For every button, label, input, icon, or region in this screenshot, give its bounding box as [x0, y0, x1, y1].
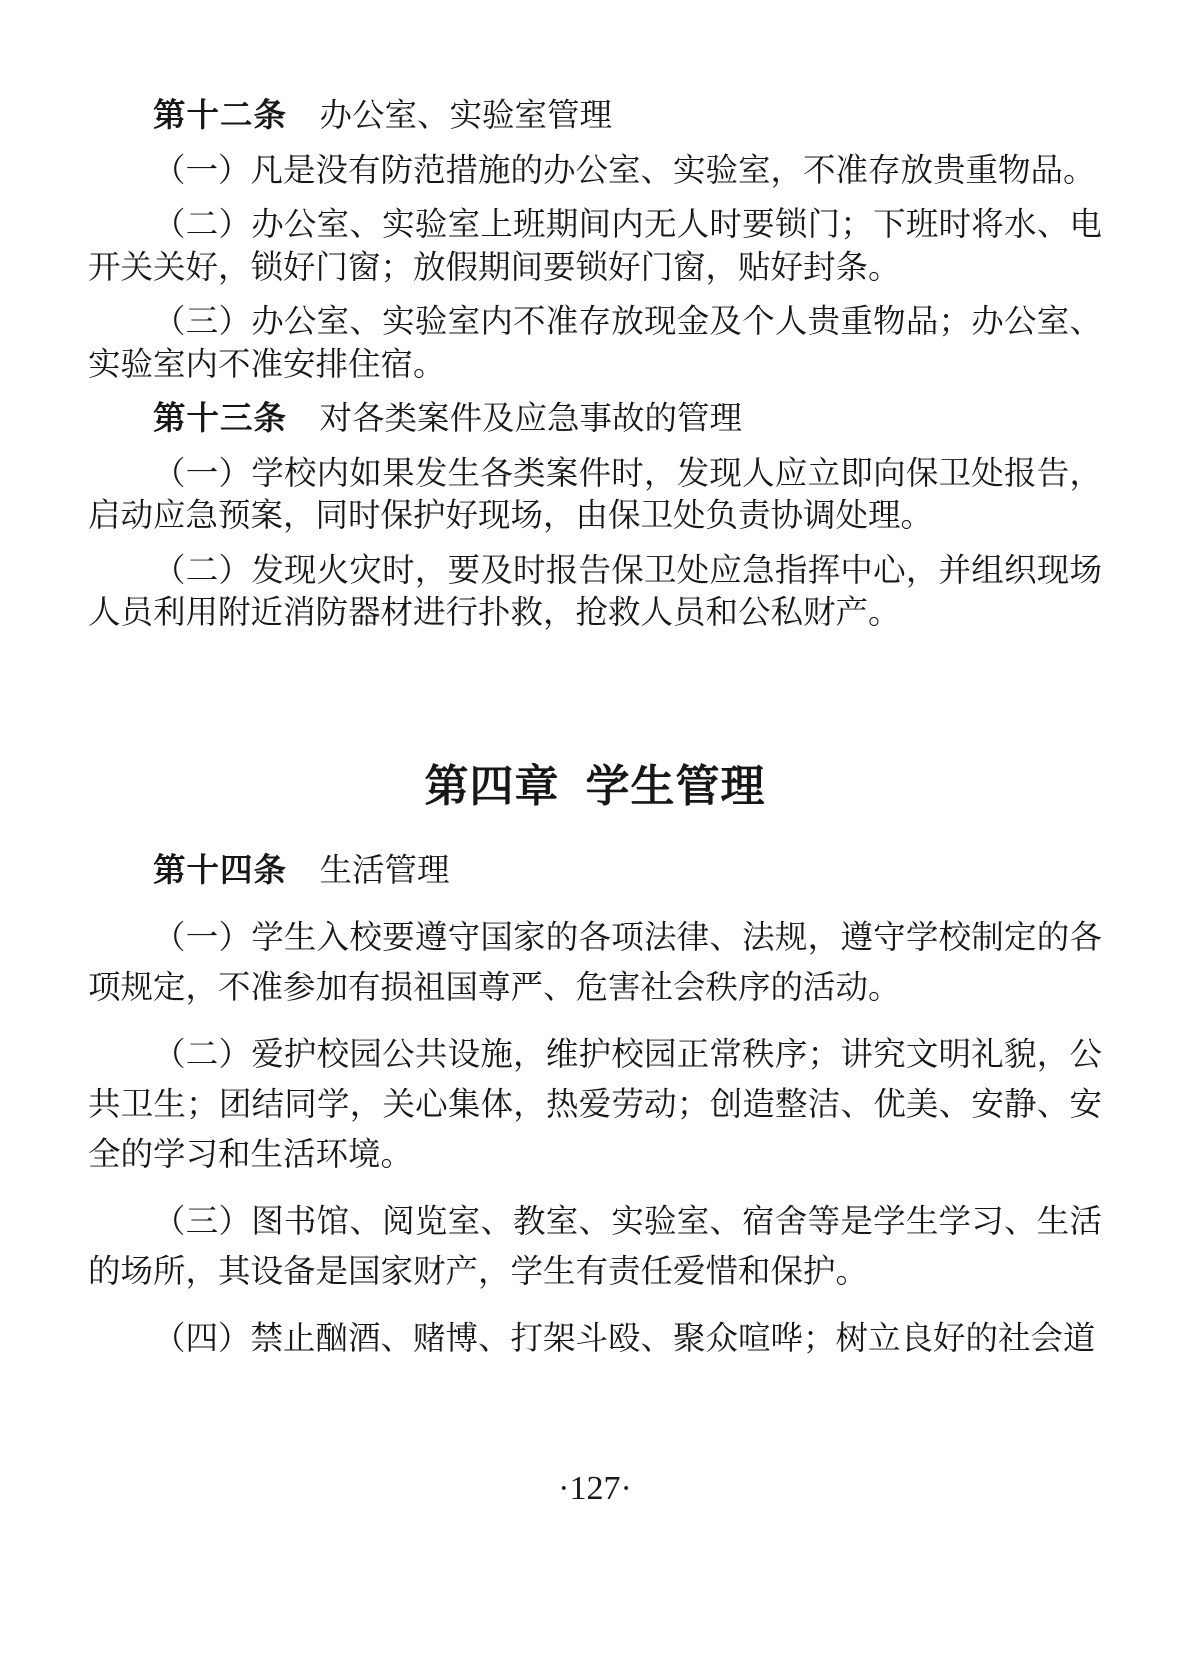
article-12-heading: 第十二条办公室、实验室管理	[88, 95, 1102, 138]
article-14-number: 第十四条	[153, 853, 287, 889]
page-content: 第十二条办公室、实验室管理 （一）凡是没有防范措施的办公室、实验室，不准存放贵重…	[88, 95, 1102, 1381]
article-13-number: 第十三条	[153, 401, 287, 437]
chapter-heading: 第四章学生管理	[88, 757, 1102, 817]
article-12-title: 办公室、实验室管理	[320, 98, 613, 134]
article-12-item-2: （二）办公室、实验室上班期间内无人时要锁门；下班时将水、电开关关好，锁好门窗；放…	[88, 204, 1102, 289]
article-13-heading: 第十三条对各类案件及应急事故的管理	[88, 398, 1102, 441]
document-page: 第十二条办公室、实验室管理 （一）凡是没有防范措施的办公室、实验室，不准存放贵重…	[0, 0, 1190, 1670]
article-14-item-4: （四）禁止酗酒、赌博、打架斗殴、聚众喧哗；树立良好的社会道	[88, 1314, 1102, 1364]
chapter-title: 学生管理	[586, 762, 766, 811]
article-12-item-1: （一）凡是没有防范措施的办公室、实验室，不准存放贵重物品。	[88, 150, 1102, 193]
article-13-item-1: （一）学校内如果发生各类案件时，发现人应立即向保卫处报告，启动应急预案，同时保护…	[88, 453, 1102, 538]
article-14-item-1: （一）学生入校要遵守国家的各项法律、法规，遵守学校制定的各项规定，不准参加有损祖…	[88, 913, 1102, 1013]
chapter-4-body: 第十四条生活管理 （一）学生入校要遵守国家的各项法律、法规，遵守学校制定的各项规…	[88, 846, 1102, 1364]
article-12-number: 第十二条	[153, 98, 287, 134]
article-14-item-3: （三）图书馆、阅览室、教室、实验室、宿舍等是学生学习、生活的场所，其设备是国家财…	[88, 1197, 1102, 1297]
article-14-heading: 第十四条生活管理	[88, 846, 1102, 896]
article-13-item-2: （二）发现火灾时，要及时报告保卫处应急指挥中心，并组织现场人员利用附近消防器材进…	[88, 550, 1102, 635]
page-number: ·127·	[0, 1470, 1190, 1508]
article-13-title: 对各类案件及应急事故的管理	[320, 401, 743, 437]
article-14-item-2: （二）爱护校园公共设施，维护校园正常秩序；讲究文明礼貌，公共卫生；团结同学，关心…	[88, 1030, 1102, 1180]
chapter-number: 第四章	[425, 762, 560, 811]
article-14-title: 生活管理	[320, 853, 450, 889]
article-12-item-3: （三）办公室、实验室内不准存放现金及个人贵重物品；办公室、实验室内不准安排住宿。	[88, 301, 1102, 386]
